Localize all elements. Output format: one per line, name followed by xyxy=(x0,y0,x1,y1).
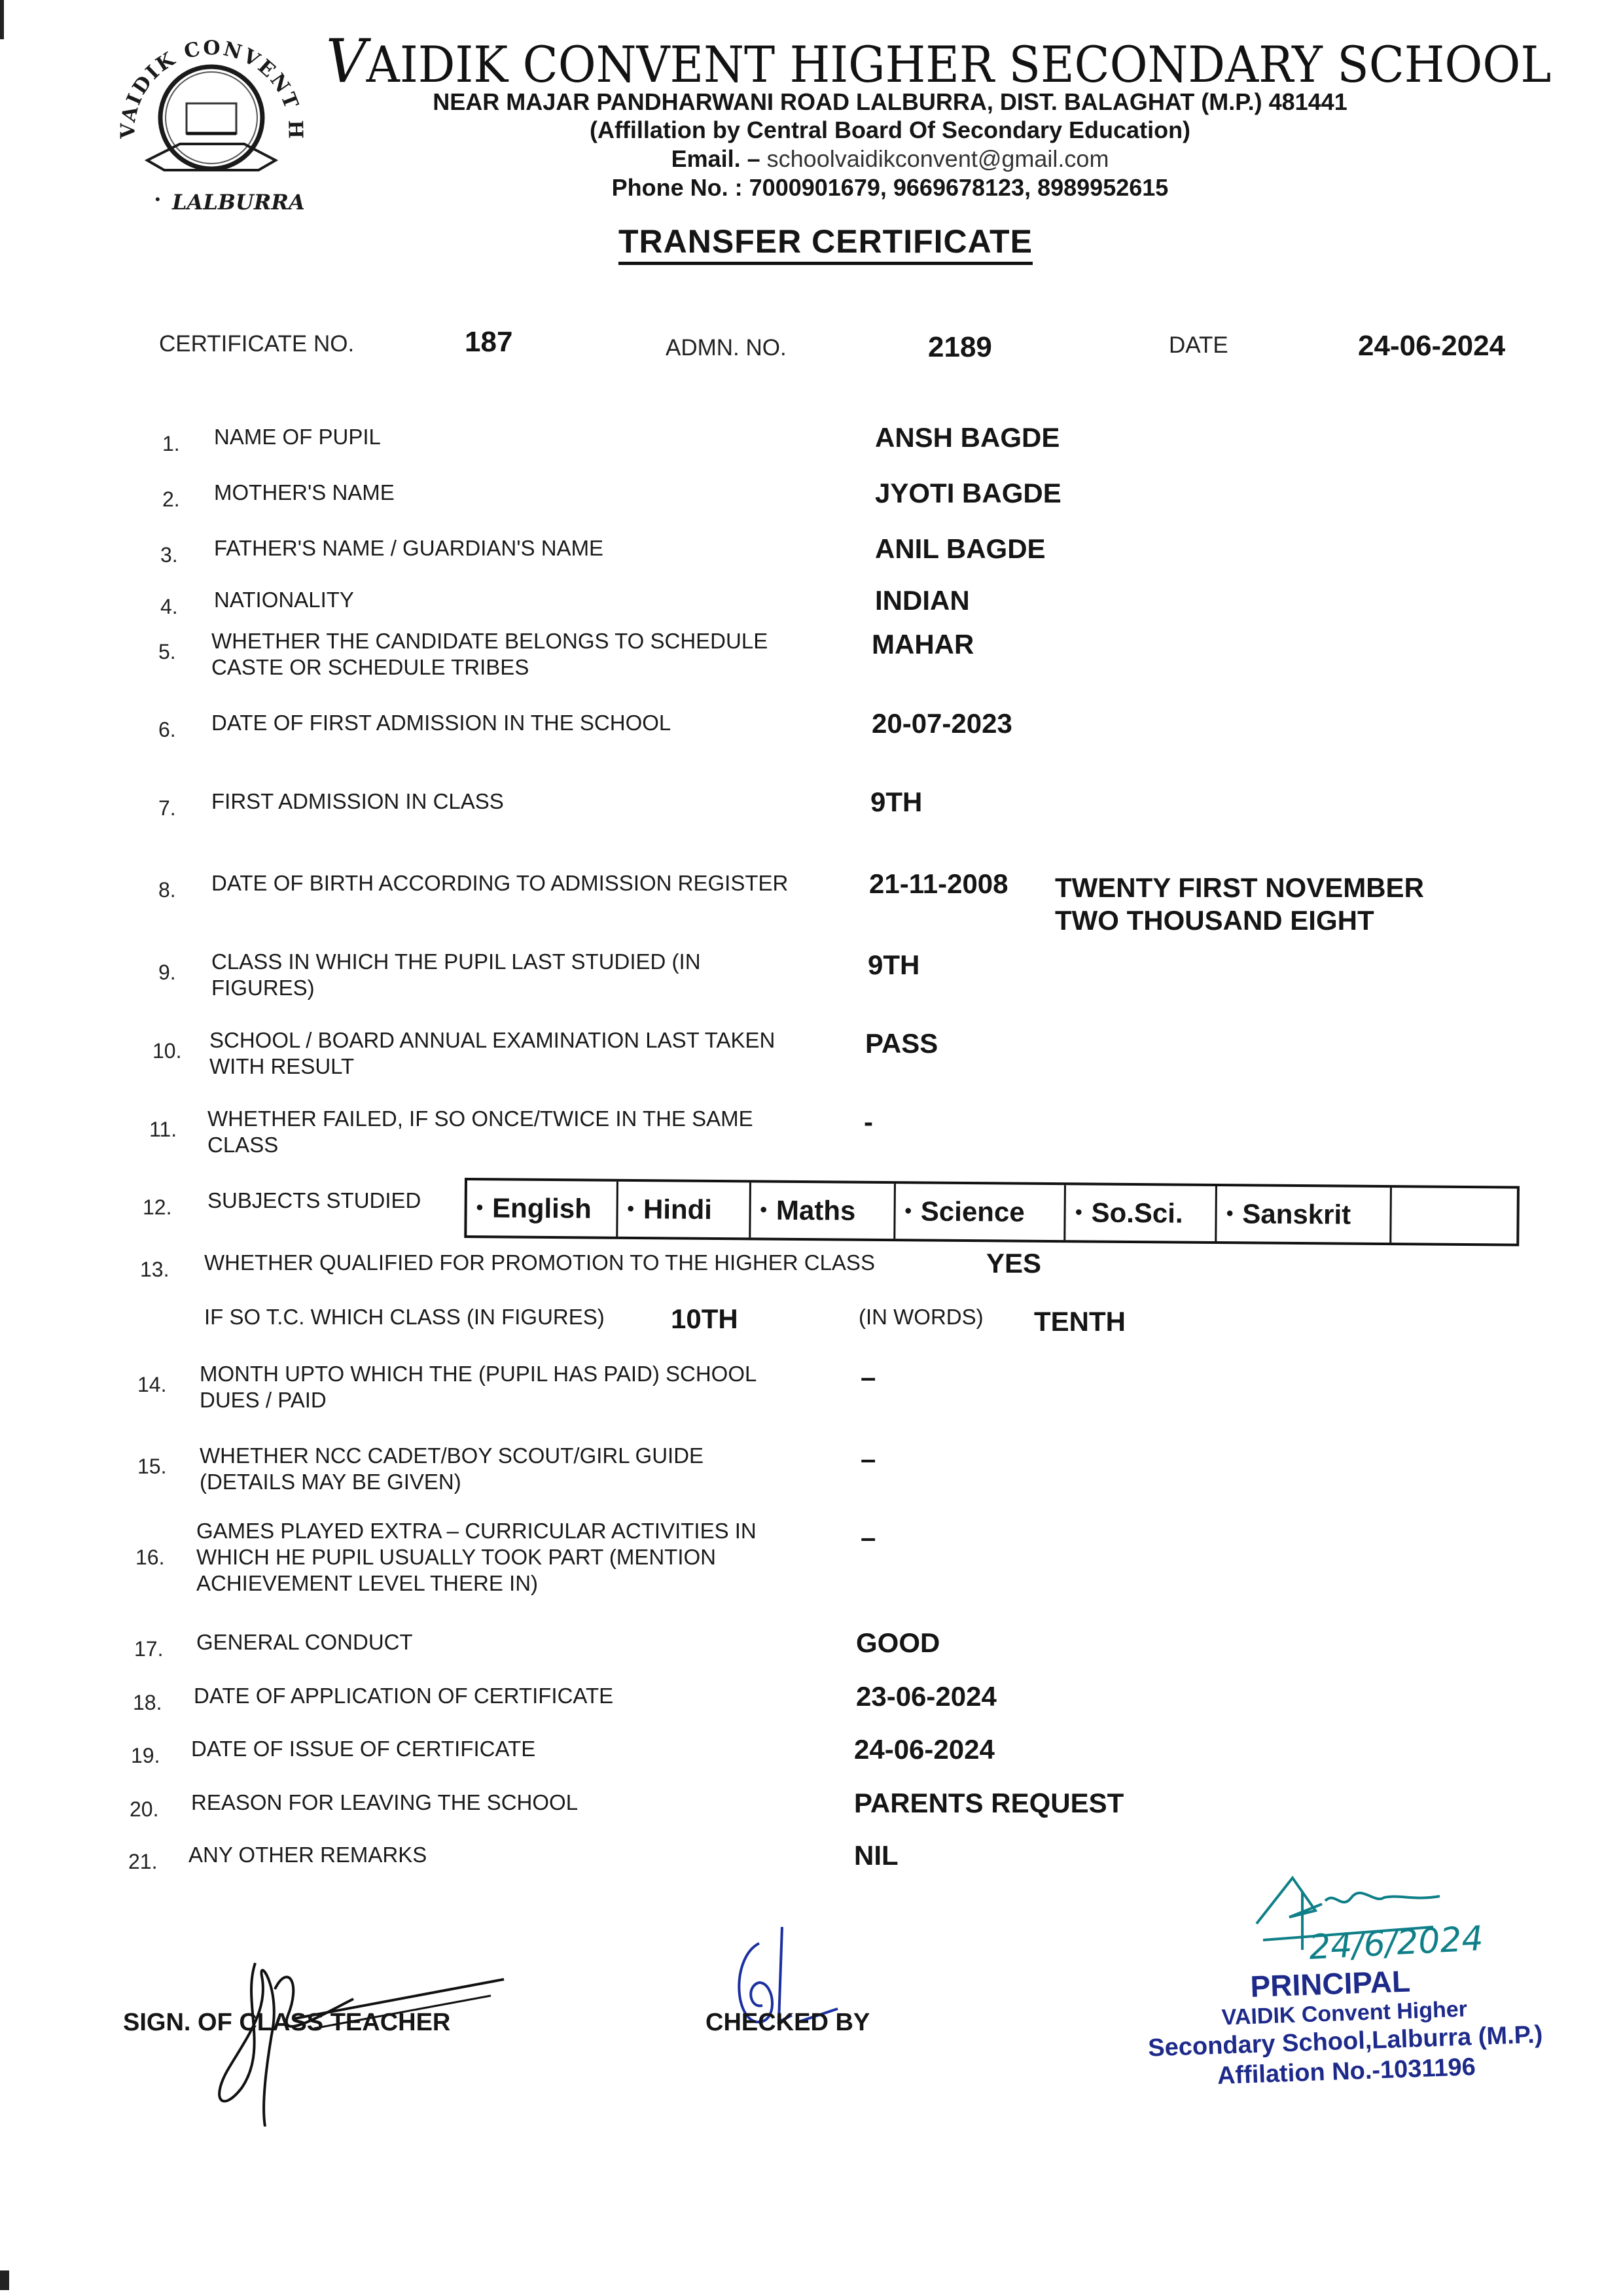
item-value: ANIL BAGDE xyxy=(875,533,1046,565)
item-label: CASTE OR SCHEDULE TRIBES xyxy=(211,654,529,680)
subject-cell: •Science xyxy=(895,1184,1066,1240)
principal-stamp: PRINCIPAL VAIDIK Convent Higher Secondar… xyxy=(1140,1959,1550,2094)
class-teacher-sign-label: SIGN. OF CLASS TEACHER xyxy=(123,2009,450,2037)
school-name: VAIDIK CONVENT HIGHER SECONDARY SCHOOL xyxy=(326,26,1551,96)
item-value: ANSH BAGDE xyxy=(875,421,1060,454)
item-number: 2. xyxy=(162,487,180,512)
tc-class-figures: 10TH xyxy=(671,1303,738,1335)
item-label: FIRST ADMISSION IN CLASS xyxy=(211,788,504,815)
subject-cell: •Maths xyxy=(751,1182,896,1239)
item-label: NATIONALITY xyxy=(214,587,354,613)
item-label: DATE OF BIRTH ACCORDING TO ADMISSION REG… xyxy=(211,870,788,896)
item-number: 9. xyxy=(158,961,176,985)
subject-name: English xyxy=(492,1192,592,1224)
item-label: MONTH UPTO WHICH THE (PUPIL HAS PAID) SC… xyxy=(200,1361,757,1387)
item-label: DATE OF APPLICATION OF CERTIFICATE xyxy=(194,1683,613,1709)
tc-class-label: IF SO T.C. WHICH CLASS (IN FIGURES) xyxy=(204,1304,605,1330)
item-label: ANY OTHER REMARKS xyxy=(188,1842,427,1868)
bullet-icon: • xyxy=(1075,1201,1082,1224)
item-value: PASS xyxy=(865,1027,938,1060)
item-label: DATE OF ISSUE OF CERTIFICATE xyxy=(191,1736,535,1762)
item-value: 21-11-2008 xyxy=(869,868,1008,900)
item-number: 5. xyxy=(158,640,176,664)
subject-cell: •So.Sci. xyxy=(1066,1185,1217,1241)
school-email: Email. – schoolvaidikconvent@gmail.com xyxy=(79,145,1623,173)
item-number: 4. xyxy=(160,595,178,619)
scan-edge-mark xyxy=(0,2270,9,2290)
subject-cell: •Hindi xyxy=(618,1182,751,1238)
item-number: 10. xyxy=(152,1039,181,1063)
school-affiliation: (Affillation by Central Board Of Seconda… xyxy=(79,116,1623,144)
item-number: 3. xyxy=(160,543,178,567)
subject-name: Sanskrit xyxy=(1242,1198,1351,1230)
item-label: WHETHER THE CANDIDATE BELONGS TO SCHEDUL… xyxy=(211,628,768,654)
item-label: CLASS xyxy=(207,1132,278,1158)
item-value: INDIAN xyxy=(875,584,970,617)
item-value: – xyxy=(861,1521,876,1554)
item-number: 16. xyxy=(135,1545,164,1570)
item-value: - xyxy=(864,1106,873,1139)
item-label: WHETHER NCC CADET/BOY SCOUT/GIRL GUIDE xyxy=(200,1443,704,1469)
item-number: 21. xyxy=(128,1850,157,1874)
item-label: DUES / PAID xyxy=(200,1387,327,1413)
tc-class-words: TENTH xyxy=(1034,1305,1126,1338)
item-label: DATE OF FIRST ADMISSION IN THE SCHOOL xyxy=(211,710,671,736)
item-label: FIGURES) xyxy=(211,975,315,1001)
tc-class-words-label: (IN WORDS) xyxy=(859,1304,984,1330)
date-label: DATE xyxy=(1169,332,1228,359)
item-label: FATHER'S NAME / GUARDIAN'S NAME xyxy=(214,535,603,561)
item-value: 23-06-2024 xyxy=(856,1680,997,1713)
bullet-icon: • xyxy=(627,1198,634,1220)
item-value: NIL xyxy=(854,1839,899,1872)
item-value: GOOD xyxy=(856,1627,940,1659)
item-value: 9TH xyxy=(868,949,919,981)
bullet-icon: • xyxy=(904,1200,912,1222)
item-label: ACHIEVEMENT LEVEL THERE IN) xyxy=(196,1570,538,1597)
item-value: JYOTI BAGDE xyxy=(875,477,1061,510)
item-label: (DETAILS MAY BE GIVEN) xyxy=(200,1469,461,1495)
item-number: 13. xyxy=(140,1258,169,1282)
scan-edge-mark xyxy=(0,0,4,39)
subject-name: Maths xyxy=(776,1195,856,1227)
certificate-no-label: CERTIFICATE NO. xyxy=(159,331,354,357)
document-title: TRANSFER CERTIFICATE xyxy=(618,222,1033,265)
school-address: NEAR MAJAR PANDHARWANI ROAD LALBURRA, DI… xyxy=(79,88,1623,116)
item-value: – xyxy=(861,1361,876,1394)
item-number: 14. xyxy=(137,1373,166,1397)
item-label: SCHOOL / BOARD ANNUAL EXAMINATION LAST T… xyxy=(209,1027,775,1053)
dob-in-words: TWENTY FIRST NOVEMBER xyxy=(1055,872,1424,904)
item-value: 24-06-2024 xyxy=(854,1733,995,1766)
item-number: 17. xyxy=(134,1637,163,1661)
subject-name: Hindi xyxy=(643,1193,712,1226)
item-number: 12. xyxy=(143,1195,171,1220)
subject-cell-empty xyxy=(1391,1188,1517,1243)
item-number: 19. xyxy=(131,1744,160,1768)
dob-in-words: TWO THOUSAND EIGHT xyxy=(1055,904,1374,937)
bullet-icon: • xyxy=(476,1197,484,1219)
item-label: MOTHER'S NAME xyxy=(214,480,395,506)
item-label: CLASS IN WHICH THE PUPIL LAST STUDIED (I… xyxy=(211,949,701,975)
item-value: 9TH xyxy=(870,786,922,819)
item-value: 20-07-2023 xyxy=(872,707,1012,740)
item-number: 1. xyxy=(162,432,180,456)
item-number: 6. xyxy=(158,718,176,742)
admn-no-label: ADMN. NO. xyxy=(666,335,787,361)
item-value: PARENTS REQUEST xyxy=(854,1787,1124,1820)
item-value: – xyxy=(861,1443,876,1475)
date-value: 24-06-2024 xyxy=(1358,330,1505,362)
subject-cell: •English xyxy=(467,1180,618,1237)
checked-by-label: CHECKED BY xyxy=(705,2009,870,2037)
subject-name: So.Sci. xyxy=(1091,1197,1183,1229)
admn-no-value: 2189 xyxy=(928,331,992,364)
item-value: YES xyxy=(986,1247,1041,1280)
item-label: WHETHER FAILED, IF SO ONCE/TWICE IN THE … xyxy=(207,1106,753,1132)
item-label: GENERAL CONDUCT xyxy=(196,1629,413,1655)
subject-name: Science xyxy=(921,1195,1025,1227)
email-link[interactable]: schoolvaidikconvent@gmail.com xyxy=(767,145,1109,172)
item-label: REASON FOR LEAVING THE SCHOOL xyxy=(191,1790,578,1816)
item-number: 15. xyxy=(137,1455,166,1479)
item-label: SUBJECTS STUDIED xyxy=(207,1188,421,1214)
item-number: 20. xyxy=(130,1797,158,1822)
item-label: GAMES PLAYED EXTRA – CURRICULAR ACTIVITI… xyxy=(196,1518,757,1544)
item-number: 7. xyxy=(158,796,176,821)
item-value: MAHAR xyxy=(872,628,974,661)
item-label: WITH RESULT xyxy=(209,1053,354,1080)
certificate-no-value: 187 xyxy=(465,326,512,359)
item-label: NAME OF PUPIL xyxy=(214,424,381,450)
item-number: 18. xyxy=(133,1691,162,1715)
bullet-icon: • xyxy=(760,1199,767,1222)
school-phone: Phone No. : 7000901679, 9669678123, 8989… xyxy=(79,174,1623,202)
item-label: WHICH HE PUPIL USUALLY TOOK PART (MENTIO… xyxy=(196,1544,716,1570)
item-label: WHETHER QUALIFIED FOR PROMOTION TO THE H… xyxy=(204,1250,875,1276)
item-number: 11. xyxy=(149,1118,177,1142)
subject-cell: •Sanskrit xyxy=(1217,1186,1392,1243)
item-number: 8. xyxy=(158,878,176,902)
bullet-icon: • xyxy=(1226,1203,1234,1225)
subjects-table: •English•Hindi•Maths•Science•So.Sci.•San… xyxy=(464,1178,1520,1246)
